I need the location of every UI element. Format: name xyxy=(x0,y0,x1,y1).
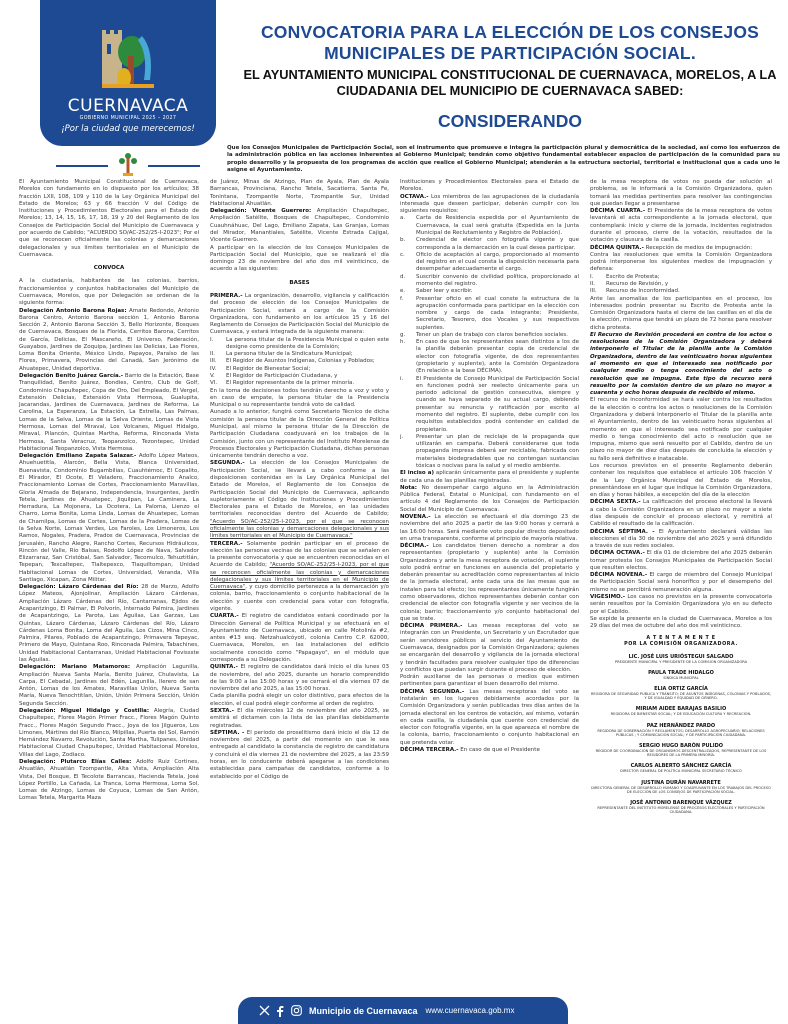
septima-continuation: Instituciones y Procedimientos Electoral… xyxy=(400,179,579,194)
base-segunda: SEGUNDA.- La elección de los Consejos Mu… xyxy=(210,460,389,540)
requisito-item: e.Saber leer y escribir. xyxy=(400,288,579,295)
delegacion-item: Delegación: Mariano Matamoros: Ampliació… xyxy=(19,664,199,708)
convoca-heading: CONVOCA xyxy=(19,265,199,272)
decisiones-paragraph: En la toma de decisiones todos tendrán d… xyxy=(210,388,389,410)
base-decima-octava: DÉCIMA OCTAVA.- El día 01 de diciembre d… xyxy=(590,550,772,572)
recursos-paragraph: Los recursos previstos en el presente Re… xyxy=(590,463,772,499)
list-item: I.La persona titular de la Presidencia M… xyxy=(210,337,389,352)
column-3: Instituciones y Procedimientos Electoral… xyxy=(400,179,579,754)
signature: CARLOS ALBERTO SÁNCHEZ GARCÍADIRECTOR GE… xyxy=(590,763,772,773)
bases-heading: BASES xyxy=(210,280,389,287)
delegacion-item: Delegación Antonio Barona Rojas: Amate R… xyxy=(19,308,199,374)
planilla-paragraph: Cada planilla podrá elegir un color dist… xyxy=(210,693,389,708)
considerando-heading: CONSIDERANDO xyxy=(232,111,788,132)
participar-paragraph: A participar en la elección de los Conse… xyxy=(210,245,389,274)
column-4: de la mesa receptora de votos no pueda d… xyxy=(590,179,772,814)
inconformidad-paragraph: El recurso de inconformidad se hará vale… xyxy=(590,397,772,463)
convoca-paragraph: A la ciudadanía, habitantes de las colon… xyxy=(19,278,199,307)
requisito-item: a.Carta de Residencia expedida por el Ay… xyxy=(400,215,579,237)
base-primera: PRIMERA.- La organización, desarrollo, v… xyxy=(210,293,389,337)
medio-item: II.Recurso de Revisión, y xyxy=(590,281,772,288)
base-decima-cuarta: DÉCIMA CUARTA.- El Presidente de la mesa… xyxy=(590,208,772,244)
signature: JOSÉ ANTONIO BARENQUE VÁZQUEZREPRESENTAN… xyxy=(590,800,772,814)
base-decima-tercera: DÉCIMA TERCERA.- En caso de que el Presi… xyxy=(400,747,579,754)
logo-slogan: ¡Por la ciudad que merecemos! xyxy=(40,124,216,134)
delegacion-item: Delegación: Vicente Guerrero: Ampliación… xyxy=(210,208,389,244)
signature: JUSTINA DURÁN NAVARRETEDIRECTORA GENERAL… xyxy=(590,780,772,794)
impugnacion-paragraph: Contra las resoluciones que emita la Com… xyxy=(590,252,772,274)
tree-icon xyxy=(118,152,138,178)
anomalias-paragraph: Ante las anomalías de los participantes … xyxy=(590,296,772,332)
signature: ELIA ORTIZ GARCÍAREGIDORA DE SEGURIDAD P… xyxy=(590,686,772,700)
requisito-item: g.Tener un plan de trabajo con claros be… xyxy=(400,332,579,339)
footer-brand: Municipio de Cuernavaca xyxy=(309,1006,418,1016)
requisito-item: f.Presentar oficio en el cual conste la … xyxy=(400,296,579,332)
base-novena: NOVENA.- La elección se efectuará el día… xyxy=(400,514,579,543)
requisito-item: d.Suscribir convenio de civilidad políti… xyxy=(400,274,579,289)
requisito-item: c.Oficio de aceptación al cargo, proporc… xyxy=(400,252,579,274)
base-quinta: QUINTA.- El registro de candidatos dará … xyxy=(210,664,389,693)
page-subtitle: EL AYUNTAMIENTO MUNICIPAL CONSTITUCIONAL… xyxy=(232,67,788,99)
revision-paragraph: El Recurso de Revisión procederá en cont… xyxy=(590,332,772,398)
base-decima-segunda: DÉCIMA SEGUNDA.- Las mesas receptoras de… xyxy=(400,689,579,747)
base-decima: DÉCIMA.- Los candidatos tienen derecho a… xyxy=(400,543,579,623)
requisito-item: j.Presentar un plan de reciclaje de la p… xyxy=(400,434,579,470)
footer-bar: Municipio de Cuernavaca www.cuernavaca.g… xyxy=(238,997,568,1024)
municipal-logo: CUERNAVACA GOBIERNO MUNICIPAL 2025 – 202… xyxy=(40,0,216,146)
divider-line-right xyxy=(148,165,200,167)
delegacion-item: Delegación: Lázaro Cárdenas del Río: 28 … xyxy=(19,584,199,664)
signature: PAULA TRADE HIDALGOSÍNDICA MUNICIPAL xyxy=(590,670,772,680)
auxiliarse-paragraph: Podrán auxiliarse de las personas o medi… xyxy=(400,674,579,689)
por-comision-label: POR LA COMISIÓN ORGANIZADORA. xyxy=(590,642,772,648)
fundamento-paragraph: El Ayuntamiento Municipal Constitucional… xyxy=(19,179,199,259)
facebook-icon[interactable] xyxy=(274,1005,286,1017)
logo-subtitle: GOBIERNO MUNICIPAL 2025 – 2027 xyxy=(40,116,216,121)
aunado-paragraph: Aunado a lo anterior, fungirá como Secre… xyxy=(210,409,389,460)
delegacion-continuation: de Juárez, Minas de Atzingo, Plan de Aya… xyxy=(210,179,389,208)
medio-item: III.Recurso de Inconformidad. xyxy=(590,288,772,295)
delegacion-item: Delegación: Plutarco Elías Calles: Adolf… xyxy=(19,759,199,803)
base-decima-sexta: DÉCIMA SEXTA.- La calificación del proce… xyxy=(590,499,772,528)
base-decima-novena: DÉCIMA NOVENA.- El cargo de miembro del … xyxy=(590,572,772,594)
acuerdo-link: "Acuerdo SO/AC-252/25-I-2023, por el que… xyxy=(210,519,389,540)
city-emblem-icon xyxy=(98,30,158,92)
list-item: VI.El Regidor representante de la primer… xyxy=(210,380,389,387)
base-sexta: SEXTA.- El día miércoles 12 de noviembre… xyxy=(210,708,389,730)
requisito-item: b.Credencial de elector con fotografía v… xyxy=(400,237,579,252)
medio-item: I.Escrito de Protesta; xyxy=(590,274,772,281)
divider-line-left xyxy=(56,165,108,167)
base-decima-quinta: DÉCIMA QUINTA.- Recepción de medios de i… xyxy=(590,245,772,252)
signature: PAZ HERNÁNDEZ PARDOREGIDORA DE GOBERNACI… xyxy=(590,723,772,737)
base-septima: SÉPTIMA. - El periodo de proselitismo da… xyxy=(210,730,389,781)
page-title: CONVOCATORIA PARA LA ELECCIÓN DE LOS CON… xyxy=(232,22,788,64)
delegacion-item: Delegación Benito Juárez García.- Barrio… xyxy=(19,373,199,453)
requisito-item: i.El Presidente de Consejo Municipal de … xyxy=(400,376,579,434)
logo-divider xyxy=(56,152,200,178)
nota-paragraph: Nota: No desempeñar cargo alguno en la A… xyxy=(400,485,579,514)
inciso-paragraph: El inciso a) aplicarán únicamente para e… xyxy=(400,470,579,485)
column-1: El Ayuntamiento Municipal Constitucional… xyxy=(19,179,199,803)
signature: SERGIO HUGO BARÓN PULIDOREGIDOR DE COORD… xyxy=(590,743,772,757)
base-vigesimo: VIGESIMO.- Los casos no previstos en la … xyxy=(590,594,772,616)
base-tercera: TERCERA.- Solamente podrán participar en… xyxy=(210,541,389,614)
decima-tercera-continuation: de la mesa receptora de votos no pueda d… xyxy=(590,179,772,208)
requisito-item: h.En caso de que los representantes sean… xyxy=(400,339,579,375)
x-icon[interactable] xyxy=(258,1005,270,1017)
base-decima-septima: DÉCIMA SÉPTIMA. - El Ayuntamiento declar… xyxy=(590,529,772,551)
instagram-icon[interactable] xyxy=(290,1005,302,1017)
footer-website-link[interactable]: www.cuernavaca.gob.mx xyxy=(426,1006,515,1015)
intro-paragraph: Que los Consejos Municipales de Particip… xyxy=(227,145,780,174)
base-cuarta: CUARTA.- El registro de candidatos estar… xyxy=(210,613,389,664)
signature: LIC. JOSÉ LUIS URIÓSTEGUI SALGADOPRESIDE… xyxy=(590,654,772,664)
signature: MIRIAM AIDEE BARAJAS BASILIOREGIDORA DE … xyxy=(590,706,772,716)
base-decima-primera: DÉCIMA PRIMERA.- Las mesas receptoras de… xyxy=(400,623,579,674)
logo-city-name: CUERNAVACA xyxy=(40,96,216,116)
list-item: IV.El Regidor de Bienestar Social; xyxy=(210,366,389,373)
column-2: de Juárez, Minas de Atzingo, Plan de Aya… xyxy=(210,179,389,781)
delegacion-item: Delegación: Miguel Hidalgo y Costilla: A… xyxy=(19,708,199,759)
expide-paragraph: Se expide la presente en la ciudad de Cu… xyxy=(590,616,772,631)
delegacion-item: Delegación Emiliano Zapata Salazar.- Ado… xyxy=(19,453,199,584)
base-octava: OCTAVA.- Los miembros de las agrupacione… xyxy=(400,194,579,216)
signatures-block: A T E N T A M E N T E POR LA COMISIÓN OR… xyxy=(590,636,772,814)
list-item: III.El Regidor de Asuntos Indígenas, Col… xyxy=(210,358,389,365)
